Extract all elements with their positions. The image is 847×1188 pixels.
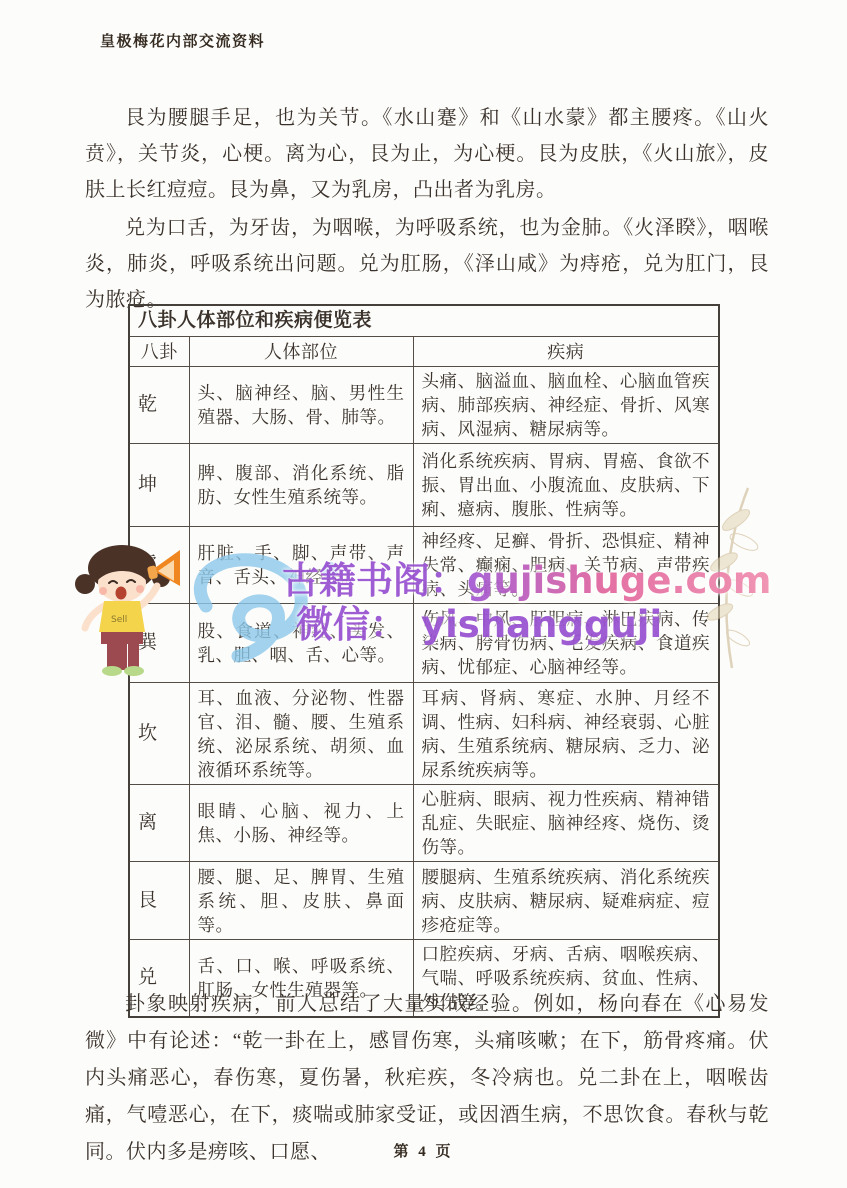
table-row: 艮 腰、腿、足、脾胃、生殖系统、胆、皮肤、鼻面等。 腰腿病、生殖系统疾病、消化系… [129,862,719,940]
page-header-title: 皇极梅花内部交流资料 [100,30,265,51]
page-number: 第 4 页 [0,1140,847,1161]
disease-cell: 消化系统疾病、胃病、胃癌、食欲不振、胃出血、小腹流血、皮肤病、下痢、癔病、腹胀、… [413,444,719,527]
table-row: 坎 耳、血液、分泌物、性器官、泪、髓、腰、生殖系统、泌尿系统、胡须、血液循环系统… [129,683,719,785]
body-cell: 头、脑神经、脑、男性生殖器、大肠、骨、肺等。 [189,367,413,444]
table-header-row: 八卦 人体部位 疾病 [129,337,719,367]
header-disease: 疾病 [413,337,719,367]
header-body-parts: 人体部位 [189,337,413,367]
paragraph-gen-body: 艮为腰腿手足，也为关节。《水山蹇》和《山水蒙》都主腰疼。《山火贲》，关节炎，心梗… [85,100,769,208]
gua-cell: 乾 [129,367,189,444]
disease-cell: 腰腿病、生殖系统疾病、消化系统疾病、皮肤病、糖尿病、疑难病症、痘疹疮症等。 [413,862,719,940]
paragraph-dui-body: 兑为口舌，为牙齿，为咽喉，为呼吸系统，也为金肺。《火泽睽》，咽喉炎，肺炎，呼吸系… [85,210,769,318]
gua-cell: 艮 [129,862,189,940]
table-row: 巽 股、食道、神经、头发、乳、胆、咽、舌、心等。 伤风、中风、肝胆病、淋巴疾病、… [129,604,719,683]
table-row: 离 眼睛、心脑、视力、上焦、小肠、神经等。 心脏病、眼病、视力性疾病、精神错乱症… [129,785,719,862]
table-row: 坤 脾、腹部、消化系统、脂肪、女性生殖系统等。 消化系统疾病、胃病、胃癌、食欲不… [129,444,719,527]
svg-text:Sell: Sell [111,615,127,625]
body-cell: 腰、腿、足、脾胃、生殖系统、胆、皮肤、鼻面等。 [189,862,413,940]
disease-cell: 头痛、脑溢血、脑血栓、心脑血管疾病、肺部疾病、神经症、骨折、风寒病、风湿病、糖尿… [413,367,719,444]
body-cell: 脾、腹部、消化系统、脂肪、女性生殖系统等。 [189,444,413,527]
body-cell: 眼睛、心脑、视力、上焦、小肠、神经等。 [189,785,413,862]
gua-cell: 坎 [129,683,189,785]
body-cell: 耳、血液、分泌物、性器官、泪、髓、腰、生殖系统、泌尿系统、胡须、血液循环系统等。 [189,683,413,785]
gua-cell: 坤 [129,444,189,527]
disease-cell: 神经疼、足癣、骨折、恐惧症、精神失常、癫痫、胆病、关节病、声带疾病、头痛等。 [413,527,719,604]
body-cell: 肝脏、手、脚、声带、声音、舌头、神经等。 [189,527,413,604]
scanned-book-page: { "page": { "header": "皇极梅花内部交流资料", "foo… [0,0,847,1188]
gua-cell: 巽 [129,604,189,683]
gua-cell: 震 [129,527,189,604]
bagua-body-disease-table: 八卦人体部位和疾病便览表 八卦 人体部位 疾病 乾 头、脑神经、脑、男性生殖器、… [128,304,720,1018]
header-gua: 八卦 [129,337,189,367]
disease-cell: 心脏病、眼病、视力性疾病、精神错乱症、失眠症、脑神经疼、烧伤、烫伤等。 [413,785,719,862]
table-row: 震 肝脏、手、脚、声带、声音、舌头、神经等。 神经疼、足癣、骨折、恐惧症、精神失… [129,527,719,604]
gua-cell: 离 [129,785,189,862]
body-cell: 股、食道、神经、头发、乳、胆、咽、舌、心等。 [189,604,413,683]
disease-cell: 耳病、肾病、寒症、水肿、月经不调、性病、妇科病、神经衰弱、心脏病、生殖系统病、糖… [413,683,719,785]
disease-cell: 伤风、中风、肝胆病、淋巴疾病、传染病、胯骨伤病、毛发疾病、食道疾病、忧郁症、心脑… [413,604,719,683]
table-title: 八卦人体部位和疾病便览表 [129,305,719,337]
table-row: 乾 头、脑神经、脑、男性生殖器、大肠、骨、肺等。 头痛、脑溢血、脑血栓、心脑血管… [129,367,719,444]
